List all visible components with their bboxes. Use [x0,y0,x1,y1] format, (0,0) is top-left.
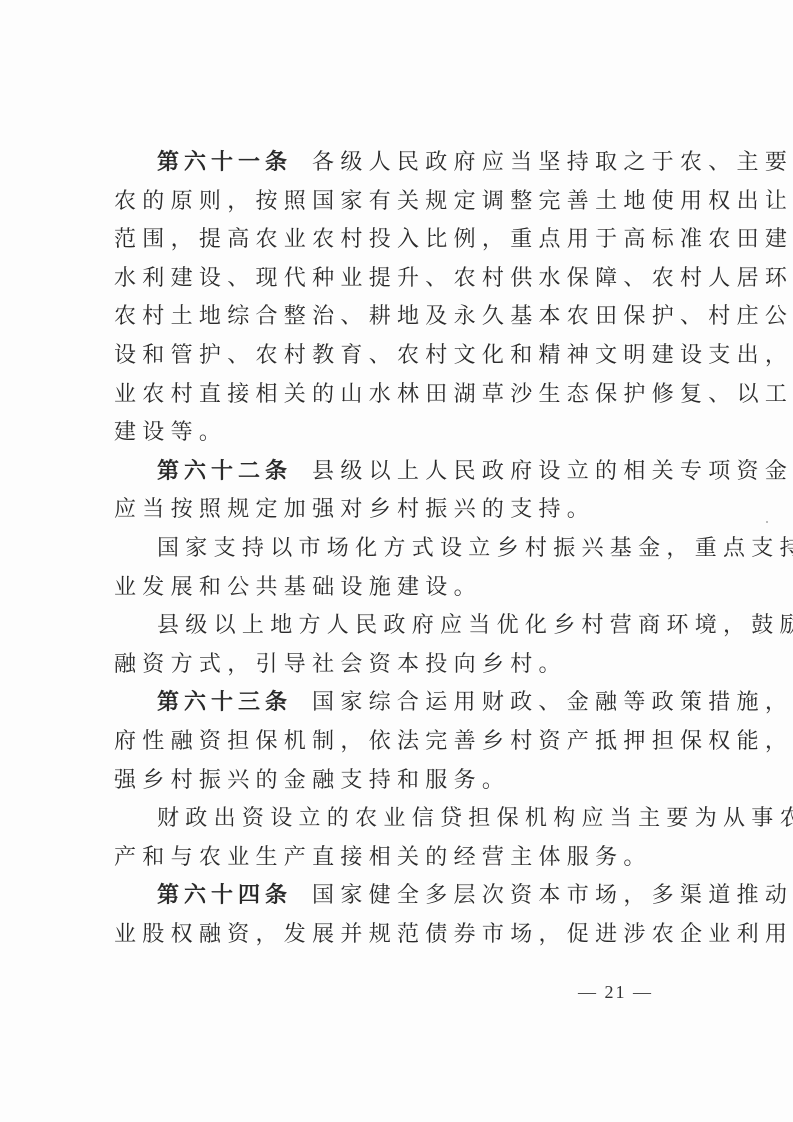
paragraph: 国家支持以市场化方式设立乡村振兴基金，重点支持乡村产 业发展和公共基础设施建设。 [114,530,686,607]
paragraph: 县级以上地方人民政府应当优化乡村营商环境，鼓励创新投 融资方式，引导社会资本投向… [114,607,686,684]
article-64: 第六十四条国家健全多层次资本市场，多渠道推动涉农企 业股权融资，发展并规范债券市… [114,877,686,954]
document-body: 第六十一条各级人民政府应当坚持取之于农、主要用之于 农的原则，按照国家有关规定调… [114,144,686,954]
article-label: 第六十四条 [157,883,292,908]
article-62: 第六十二条县级以上人民政府设立的相关专项资金、基金 应当按照规定加强对乡村振兴的… [114,453,686,530]
document-page: 第六十一条各级人民政府应当坚持取之于农、主要用之于 农的原则，按照国家有关规定调… [0,0,793,1122]
scan-speck [766,521,768,523]
article-label: 第六十一条 [157,150,292,175]
article-63: 第六十三条国家综合运用财政、金融等政策措施，完善政 府性融资担保机制，依法完善乡… [114,684,686,800]
article-61: 第六十一条各级人民政府应当坚持取之于农、主要用之于 农的原则，按照国家有关规定调… [114,144,686,453]
article-label: 第六十三条 [157,690,292,715]
article-label: 第六十二条 [157,459,292,484]
page-number: — 21 — [578,982,653,1003]
paragraph: 财政出资设立的农业信贷担保机构应当主要为从事农业生 产和与农业生产直接相关的经营… [114,800,686,877]
